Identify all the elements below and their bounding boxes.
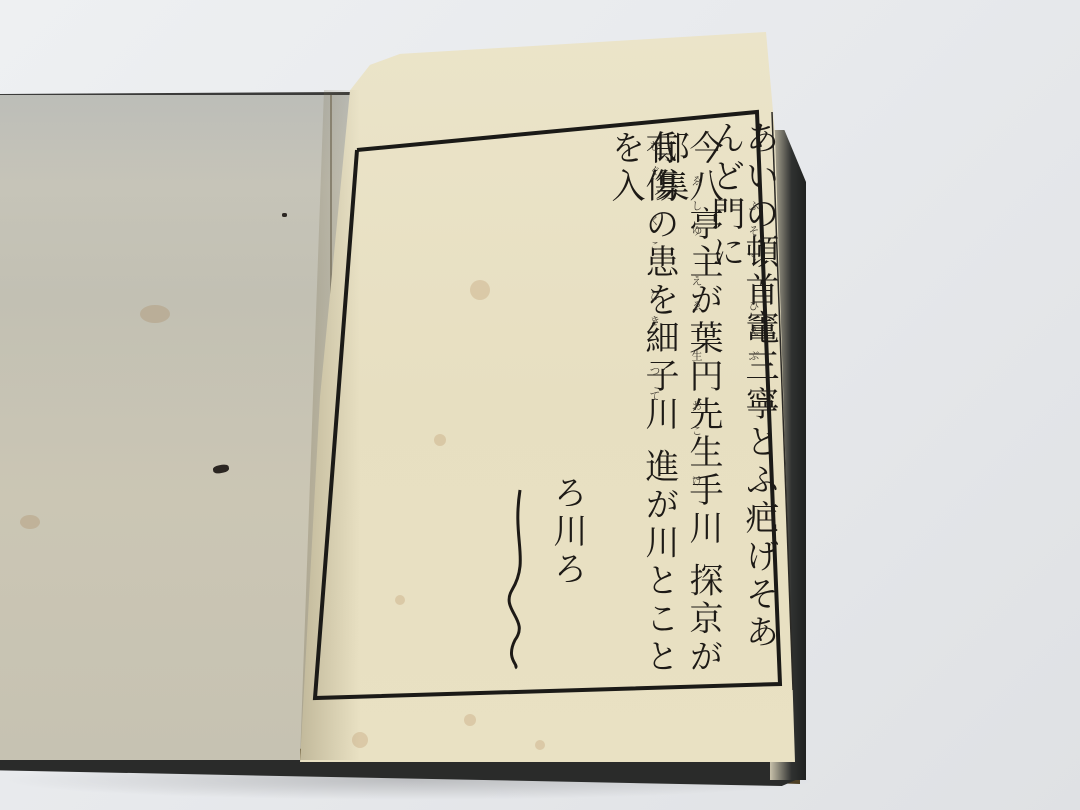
- text-column-4: ろ川ろ: [550, 475, 584, 605]
- ink-speck: [212, 464, 229, 475]
- ruby-column-3: むぐ くこ ひき つて: [646, 140, 662, 470]
- ruby-column-2: ゑしゆ えゑ 生 おこ け: [688, 175, 704, 535]
- text-column-3: 有傷の患を細子川 進が川とことを入: [608, 130, 676, 690]
- stain: [140, 305, 170, 323]
- ink-speck: [282, 213, 287, 217]
- left-page: [0, 92, 350, 767]
- stain: [20, 515, 40, 529]
- ruby-column-1: ふそく ひえぶ: [745, 200, 761, 500]
- photo-scene: 下 上 あいの頓首竃三寧とふ疤げそあんど門に ふそく ひえぶ 今八亭主が葉円先生…: [0, 0, 1080, 810]
